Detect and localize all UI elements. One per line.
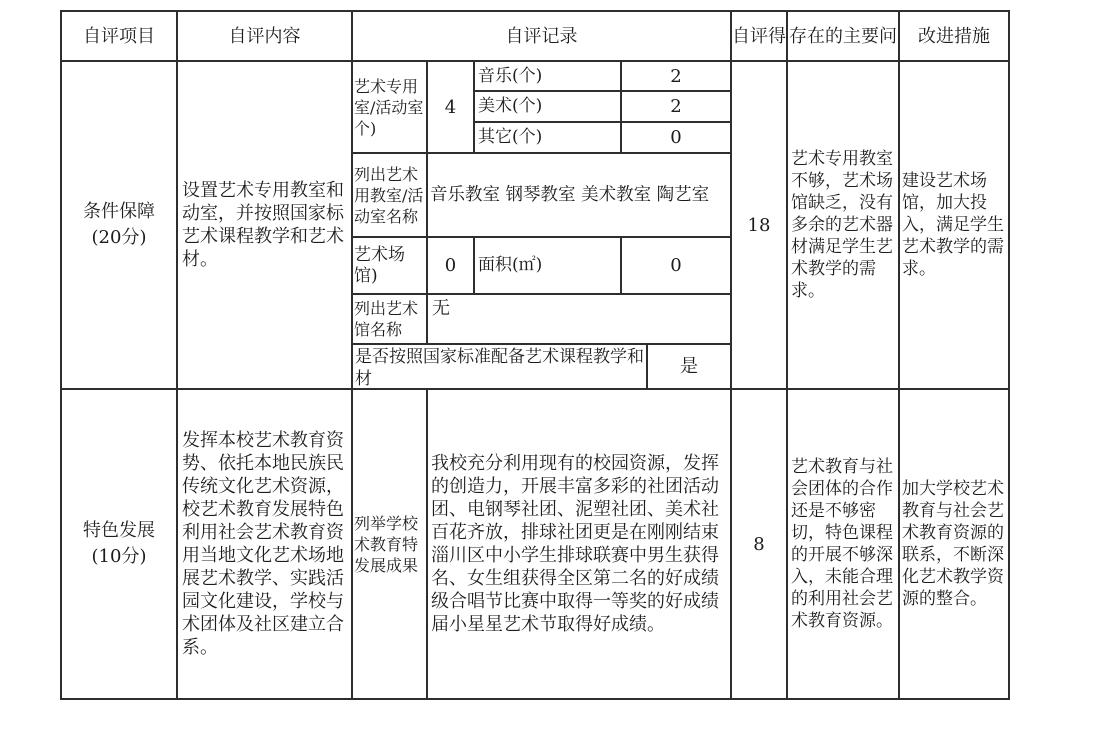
header-record: 自评记录 bbox=[353, 12, 732, 62]
row1-measures-text: 建设艺术场馆，加大投入，满足学生艺术教学的需求。 bbox=[902, 170, 1006, 280]
row2-record-label-cell: 列举学校术教育特发展成果 bbox=[353, 390, 428, 700]
evaluation-form-page: 自评项目 自评内容 自评记录 自评得 存在的主要问 改进措施 条件保障 (20分… bbox=[0, 0, 1096, 741]
row1-music-value-cell: 2 bbox=[622, 62, 732, 92]
row1-item-cell: 条件保障 (20分) bbox=[62, 62, 178, 390]
row1-measures-cell: 建设艺术场馆，加大投入，满足学生艺术教学的需求。 bbox=[900, 62, 1010, 390]
row2-item-cell: 特色发展 (10分) bbox=[62, 390, 178, 700]
row1-problems-cell: 艺术专用教室不够，艺术场馆缺乏，没有多余的艺术器材满足学生艺术教学的需求。 bbox=[788, 62, 900, 390]
row1-score-cell: 18 bbox=[732, 62, 788, 390]
row2-record-text: 我校充分利用现有的校园资源，发挥的创造力，开展丰富多彩的社团活动团、电钢琴社团、… bbox=[431, 452, 727, 636]
row2-item-title: 特色发展 bbox=[83, 518, 155, 544]
row2-measures-cell: 加大学校艺术教育与社会艺术教育资源的联系，不断深化艺术教学资源的整合。 bbox=[900, 390, 1010, 700]
row1-area-value-cell: 0 bbox=[622, 238, 732, 295]
row1-art-label-cell: 美术(个) bbox=[475, 92, 622, 123]
row1-room-label: 艺术专用室/活动室个) bbox=[354, 76, 426, 139]
row1-venue-label-cell: 艺术场馆) bbox=[353, 238, 428, 295]
row1-art-value-cell: 2 bbox=[622, 92, 732, 123]
header-item: 自评项目 bbox=[62, 12, 178, 62]
row2-item-points: (10分) bbox=[83, 544, 155, 570]
row1-room-total-cell: 4 bbox=[428, 62, 475, 154]
row2-problems-cell: 艺术教育与社会团体的合作还是不够密切，特色课程的开展不够深入，未能合理的利用社会… bbox=[788, 390, 900, 700]
row1-standard-question-cell: 是否按照国家标准配备艺术课程教学和材 bbox=[353, 345, 648, 390]
header-score: 自评得 bbox=[732, 12, 788, 62]
row2-score-cell: 8 bbox=[732, 390, 788, 700]
row1-other-label-cell: 其它(个) bbox=[475, 123, 622, 154]
row1-standard-answer-cell: 是 bbox=[648, 345, 732, 390]
header-measures: 改进措施 bbox=[900, 12, 1010, 62]
self-evaluation-table: 自评项目 自评内容 自评记录 自评得 存在的主要问 改进措施 条件保障 (20分… bbox=[60, 10, 1010, 700]
row2-content-text: 发挥本校艺术教育资势、依托本地民族民传统文化艺术资源，校艺术教育发展特色利用社会… bbox=[182, 429, 349, 659]
header-content: 自评内容 bbox=[178, 12, 353, 62]
row1-venue-names-value-cell: 无 bbox=[428, 295, 732, 345]
row2-problems-text: 艺术教育与社会团体的合作还是不够密切，特色课程的开展不够深入，未能合理的利用社会… bbox=[791, 456, 895, 632]
row1-item-title: 条件保障 bbox=[83, 199, 155, 225]
row1-standard-question: 是否按照国家标准配备艺术课程教学和材 bbox=[355, 346, 645, 390]
header-problems: 存在的主要问 bbox=[788, 12, 900, 62]
row1-venue-names-label: 列出艺术馆名称 bbox=[354, 298, 426, 340]
row1-venue-names-label-cell: 列出艺术馆名称 bbox=[353, 295, 428, 345]
row1-room-names-value-cell: 音乐教室 钢琴教室 美术教室 陶艺室 bbox=[428, 154, 732, 238]
row2-record-value-cell: 我校充分利用现有的校园资源，发挥的创造力，开展丰富多彩的社团活动团、电钢琴社团、… bbox=[428, 390, 732, 700]
row1-content-cell: 设置艺术专用教室和动室，并按照国家标艺术课程教学和艺术材。 bbox=[178, 62, 353, 390]
row1-room-names-label: 列出艺术用教室/活动室名称 bbox=[354, 164, 426, 227]
row1-room-label-cell: 艺术专用室/活动室个) bbox=[353, 62, 428, 154]
row1-venue-count-cell: 0 bbox=[428, 238, 475, 295]
row1-venue-label: 艺术场馆) bbox=[354, 245, 426, 287]
row1-problems-text: 艺术专用教室不够，艺术场馆缺乏，没有多余的艺术器材满足学生艺术教学的需求。 bbox=[791, 148, 895, 302]
row1-room-names-label-cell: 列出艺术用教室/活动室名称 bbox=[353, 154, 428, 238]
row2-measures-text: 加大学校艺术教育与社会艺术教育资源的联系，不断深化艺术教学资源的整合。 bbox=[902, 478, 1006, 610]
row2-content-cell: 发挥本校艺术教育资势、依托本地民族民传统文化艺术资源，校艺术教育发展特色利用社会… bbox=[178, 390, 353, 700]
row1-item-points: (20分) bbox=[83, 225, 155, 251]
row1-music-label-cell: 音乐(个) bbox=[475, 62, 622, 92]
row1-content-text: 设置艺术专用教室和动室，并按照国家标艺术课程教学和艺术材。 bbox=[182, 179, 349, 271]
row1-other-value-cell: 0 bbox=[622, 123, 732, 154]
row1-area-label-cell: 面积(㎡) bbox=[475, 238, 622, 295]
row2-record-label: 列举学校术教育特发展成果 bbox=[354, 513, 426, 576]
